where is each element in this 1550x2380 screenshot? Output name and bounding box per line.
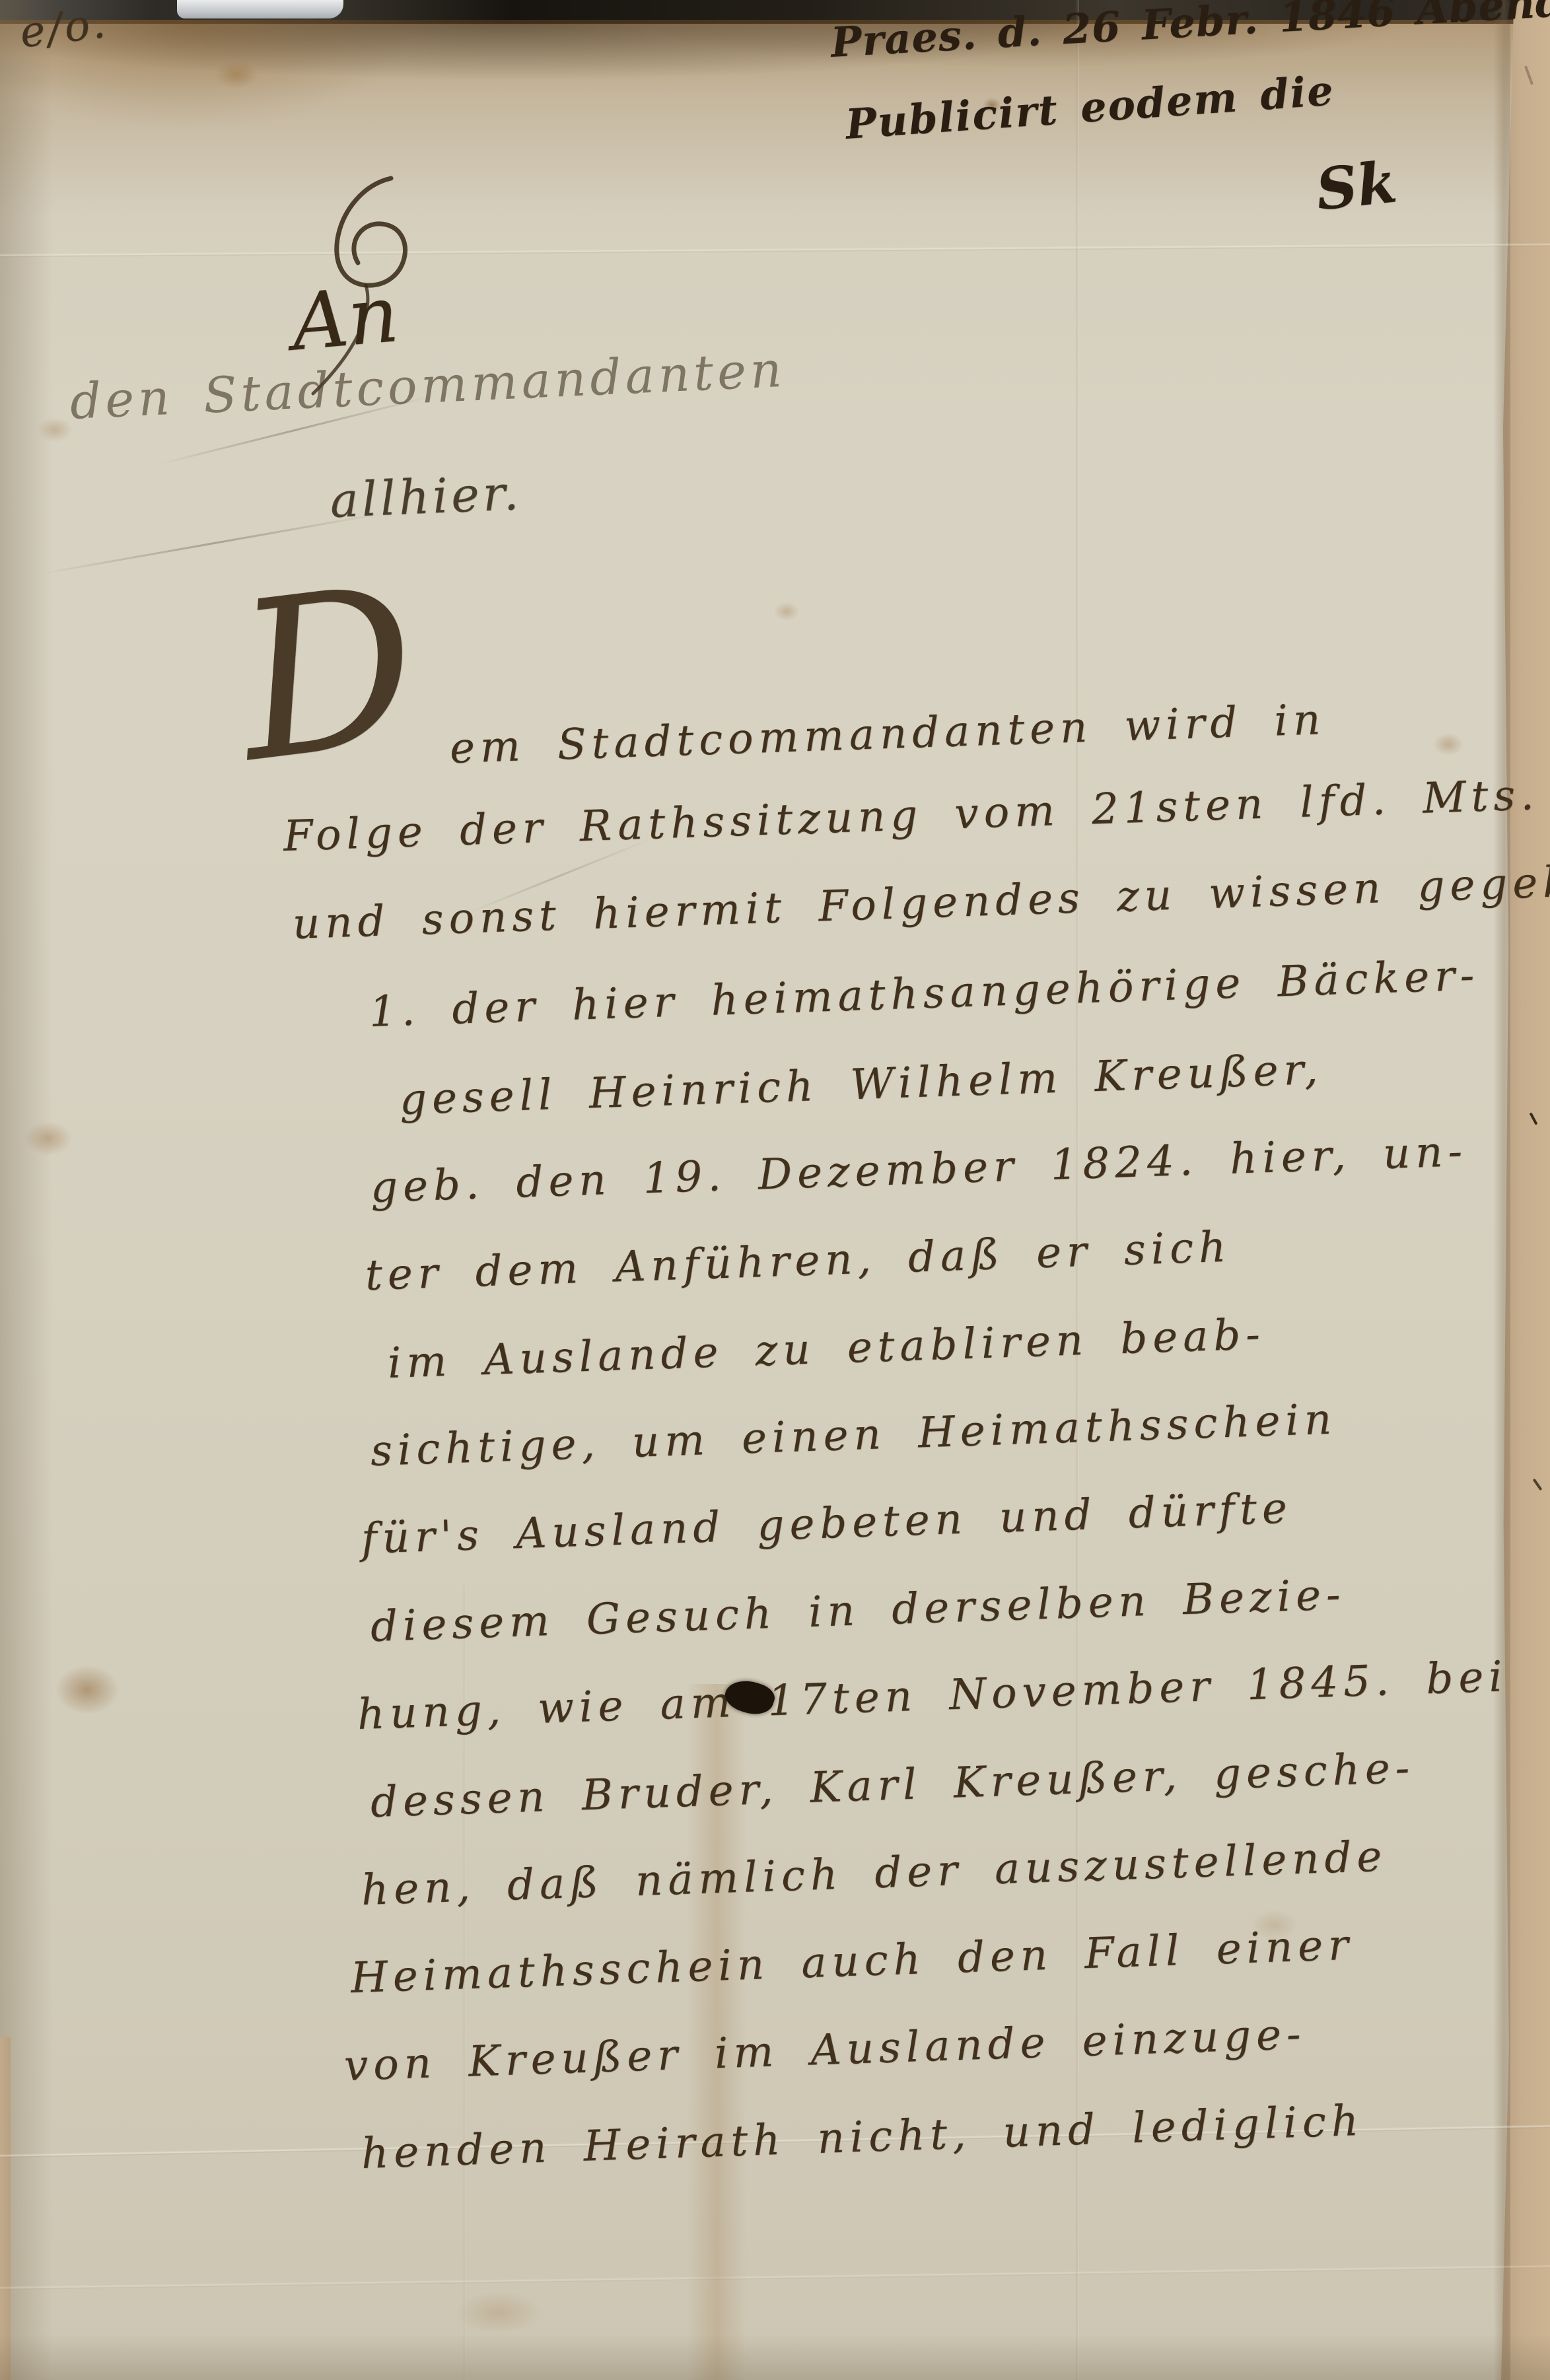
manuscript-line: em Stadtcommandanten wird in <box>449 699 1326 770</box>
document-photo: e/o. Praes. d. 26 Febr. 1846 Abends. Pub… <box>0 0 1550 2380</box>
manuscript-line: Heimathsschein auch den Fall einer <box>350 1924 1355 2000</box>
manuscript-line: Folge der Rathssitzung vom 21sten lfd. M… <box>283 774 1539 858</box>
manuscript-line: von Kreußer im Auslande einzuge- <box>343 2013 1306 2087</box>
manuscript-line: 1. der hier heimathsangehörige Bäcker- <box>369 954 1480 1033</box>
foxing-spot <box>774 602 799 621</box>
fold-crease <box>0 242 1550 258</box>
manuscript-line: für's Ausland gebeten und dürfte <box>361 1487 1293 1560</box>
bottom-edge-shadow <box>0 2334 1550 2380</box>
clerk-initials: Sk <box>1313 149 1400 223</box>
manuscript-line: hen, daß nämlich der auszustellende <box>361 1835 1388 1911</box>
place-line: allhier. <box>329 465 523 528</box>
manuscript-line: sichtige, um einen Heimathsschein <box>370 1398 1337 1472</box>
manuscript-line: gesell Heinrich Wilhelm Kreußer, <box>399 1049 1323 1121</box>
decorated-initial: D <box>230 572 426 777</box>
foxing-spot <box>55 1665 119 1714</box>
manuscript-line: dessen Bruder, Karl Kreußer, gesche- <box>370 1747 1415 1824</box>
salutation: An <box>288 268 402 368</box>
sheet-edge-seam <box>1493 0 1510 2380</box>
manuscript-line: hung, wie am 17ten November 1845. bei <box>357 1656 1508 1736</box>
manuscript-line: diesem Gesuch in derselben Bezie- <box>370 1574 1346 1648</box>
foxing-spot <box>456 2292 542 2334</box>
manuscript-line: henden Heirath nicht, und lediglich <box>361 2100 1364 2175</box>
manuscript-line: und sonst hiermit Folgendes zu wissen ge… <box>292 858 1550 946</box>
manuscript-line: im Auslande zu etabliren beab- <box>387 1313 1266 1385</box>
registry-corner-mark: e/o. <box>17 0 110 57</box>
manuscript-line: ter dem Anführen, daß er sich <box>365 1226 1232 1297</box>
foxing-spot <box>1433 733 1463 755</box>
left-edge-shadow <box>0 0 53 2380</box>
foxing-spot <box>215 61 258 88</box>
presentation-note-line-2: Publicirt eodem die <box>844 66 1336 149</box>
manuscript-line: geb. den 19. Dezember 1824. hier, un- <box>370 1131 1468 1209</box>
fold-crease <box>0 2264 1550 2290</box>
underlying-page-left-sliver <box>0 2037 11 2380</box>
clip-highlight <box>177 0 343 18</box>
